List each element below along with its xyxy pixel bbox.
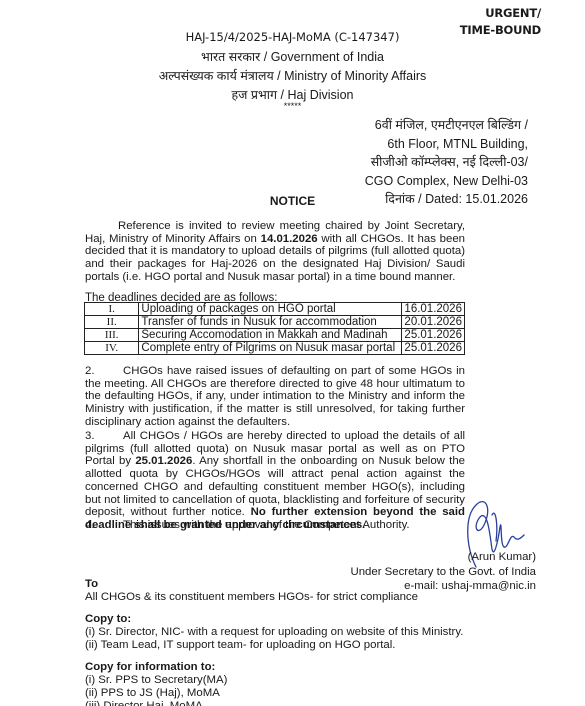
- header-separator: *****: [0, 101, 585, 111]
- address-line: 6th Floor, MTNL Building,: [365, 135, 528, 154]
- copy-info-heading: Copy for information to:: [85, 661, 463, 674]
- deadline-date: 25.01.2026: [402, 342, 465, 355]
- paragraph-2-text: CHGOs have raised issues of defaulting o…: [85, 365, 465, 428]
- copy-to-heading: Copy to:: [85, 613, 463, 626]
- deadline-date: 16.01.2026: [402, 303, 465, 316]
- notice-title: NOTICE: [0, 194, 585, 208]
- deadline-number: III.: [85, 329, 139, 342]
- deadline-number: II.: [85, 316, 139, 329]
- distribution-block: To All CHGOs & its constituent members H…: [85, 578, 463, 706]
- paragraph-1: Reference is invited to review meeting c…: [85, 220, 465, 284]
- header-government: भारत सरकार / Government of India: [0, 48, 585, 65]
- paragraph-4-text: This issues with the approval of the Com…: [123, 519, 410, 531]
- deadline-date: 20.01.2026: [402, 316, 465, 329]
- paragraph-2: 2.CHGOs have raised issues of defaulting…: [85, 365, 465, 429]
- final-deadline-date: 25.01.2026: [135, 455, 192, 467]
- paragraph-number: 3.: [85, 430, 123, 443]
- deadline-task: Transfer of funds in Nusuk for accommoda…: [139, 316, 402, 329]
- paragraph-number: 4.: [85, 519, 123, 531]
- copy-to-item: (ii) Team Lead, IT support team- for upl…: [85, 639, 463, 652]
- deadlines-table: I.Uploading of packages on HGO portal16.…: [84, 302, 465, 355]
- deadline-number: I.: [85, 303, 139, 316]
- table-row: IV.Complete entry of Pilgrims on Nusuk m…: [85, 342, 465, 355]
- table-row: I.Uploading of packages on HGO portal16.…: [85, 303, 465, 316]
- signatory-name: (Arun Kumar): [350, 550, 536, 565]
- urgent-text: URGENT/: [460, 5, 541, 22]
- paragraph-3: 3.All CHGOs / HGOs are hereby directed t…: [85, 430, 465, 532]
- paragraph-number: 2.: [85, 365, 123, 378]
- paragraph-4: 4.This issues with the approval of the C…: [85, 519, 410, 531]
- meeting-date: 14.01.2026: [261, 233, 318, 245]
- copy-info-item: (iii) Director Haj, MoMA: [85, 700, 463, 706]
- address-line: सीजीओ कॉम्प्लेक्स, नई दिल्ली-03/: [365, 153, 528, 172]
- to-heading: To: [85, 578, 463, 591]
- deadline-task: Complete entry of Pilgrims on Nusuk masa…: [139, 342, 402, 355]
- deadline-date: 25.01.2026: [402, 329, 465, 342]
- to-recipients: All CHGOs & its constituent members HGOs…: [85, 591, 463, 604]
- header-ministry: अल्पसंख्यक कार्य मंत्रालय / Ministry of …: [0, 67, 585, 84]
- deadline-task: Securing Accomodation in Makkah and Madi…: [139, 329, 402, 342]
- table-row: II.Transfer of funds in Nusuk for accomm…: [85, 316, 465, 329]
- address-line: CGO Complex, New Delhi-03: [365, 172, 528, 191]
- copy-to-item: (i) Sr. Director, NIC- with a request fo…: [85, 626, 463, 639]
- signatory-designation: Under Secretary to the Govt. of India: [350, 565, 536, 580]
- copy-info-item: (ii) PPS to JS (Haj), MoMA: [85, 687, 463, 700]
- copy-info-item: (i) Sr. PPS to Secretary(MA): [85, 674, 463, 687]
- file-number: HAJ-15/4/2025-HAJ-MoMA (C-147347): [0, 30, 585, 44]
- deadline-task: Uploading of packages on HGO portal: [139, 303, 402, 316]
- address-line: 6वीं मंजिल, एमटीएनएल बिल्डिंग /: [365, 116, 528, 135]
- table-row: III.Securing Accomodation in Makkah and …: [85, 329, 465, 342]
- deadline-number: IV.: [85, 342, 139, 355]
